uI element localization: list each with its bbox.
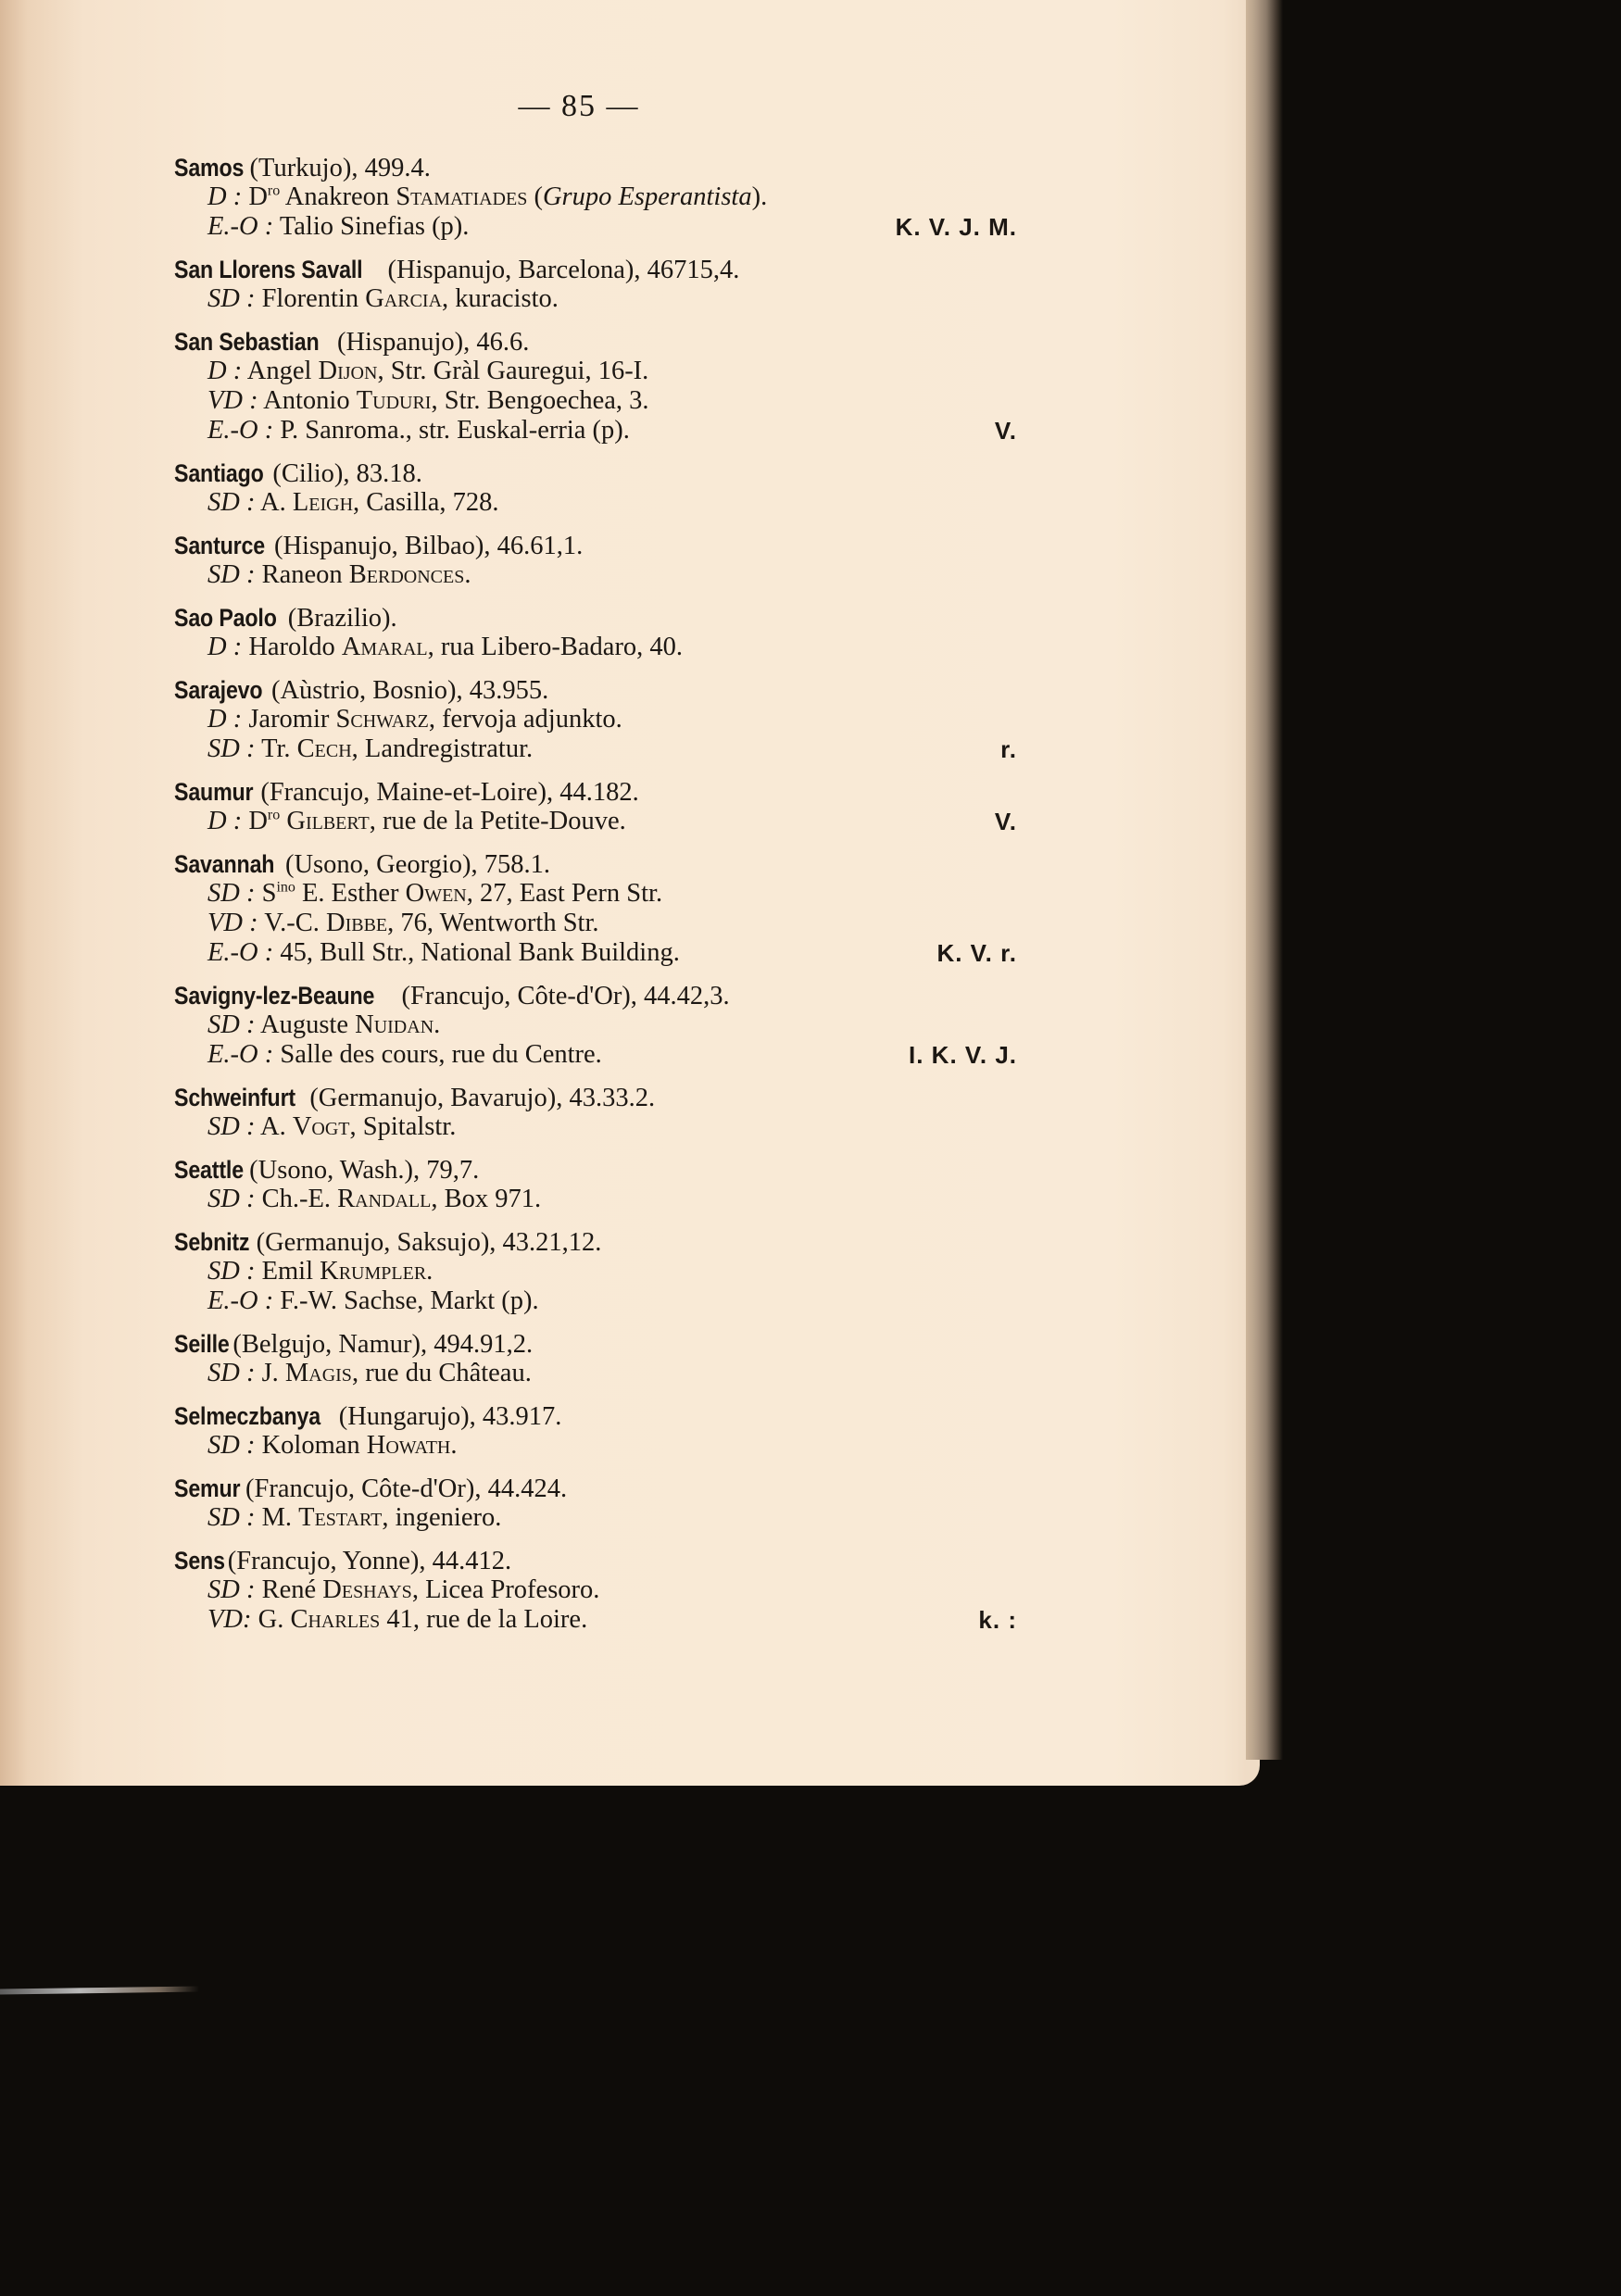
contact-text: Emil <box>255 1257 320 1286</box>
title-superscript: ro <box>268 808 280 823</box>
surname: Vogt <box>293 1112 350 1141</box>
city-name: Seille <box>174 1329 230 1359</box>
directory-entry: Sens (Francujo, Yonne), 44.412.SD : René… <box>174 1546 1017 1635</box>
contact-line: D : Dro Gilbert, rue de la Petite-Douve.… <box>174 807 1017 836</box>
contact-line: E.-O : 45, Bull Str., National Bank Buil… <box>174 938 1017 968</box>
city-details: (Turkujo), 499.4. <box>250 154 431 183</box>
contact-text: 45, Bull Str., National Bank Building. <box>273 938 680 967</box>
service-codes: r. <box>1000 734 1017 764</box>
contact-text: , rue du Château. <box>352 1359 532 1387</box>
contact-text: Salle des cours, rue du Centre. <box>273 1040 602 1069</box>
service-codes: V. <box>995 416 1017 445</box>
directory-entry: Savannah (Usono, Georgio), 758.1.SD : Si… <box>174 849 1017 968</box>
contact-text: , rua Libero-Badaro, 40. <box>428 633 683 661</box>
city-details: (Cilio), 83.18. <box>272 459 422 489</box>
city-name: Santiago <box>174 458 264 488</box>
contact-text: . <box>434 1010 440 1039</box>
surname: Amaral <box>342 633 428 661</box>
directory-entry: Santiago (Cilio), 83.18.SD : A. Leigh, C… <box>174 458 1017 518</box>
surname: Deshays <box>322 1575 412 1604</box>
contact-text: Raneon <box>255 560 348 589</box>
surname: Krumpler <box>320 1257 426 1286</box>
contact-line: D : Haroldo Amaral, rua Libero-Badaro, 4… <box>174 633 1017 662</box>
role-label: SD : <box>207 734 255 763</box>
contact-text: D <box>242 182 268 211</box>
city-details: (Usono, Wash.), 79,7. <box>249 1156 479 1186</box>
contact-text: Florentin <box>255 284 365 313</box>
surname: Randall <box>337 1185 431 1213</box>
contact-line: E.-O : F.-W. Sachse, Markt (p). <box>174 1286 1017 1316</box>
surname: Nuidan <box>355 1010 434 1039</box>
directory-entry: San Llorens Savall (Hispanujo, Barcelona… <box>174 255 1017 314</box>
contact-line: D : Jaromir Schwarz, fervoja adjunkto. <box>174 705 1017 734</box>
role-label: SD : <box>207 1257 255 1286</box>
role-label: E.-O : <box>207 1040 273 1069</box>
contact-line: E.-O : Talio Sinefias (p).K. V. J. M. <box>174 212 1017 242</box>
surname: Testart <box>298 1503 382 1532</box>
directory-entry: Semur (Francujo, Côte-d'Or), 44.424.SD :… <box>174 1474 1017 1533</box>
contact-text: Antonio <box>258 386 357 415</box>
entry-heading: Sao Paolo (Brazilio). <box>174 603 1017 633</box>
contact-line: SD : Sino E. Esther Owen, 27, East Pern … <box>174 879 1017 909</box>
title-superscript: ino <box>276 880 295 896</box>
role-label: VD: <box>207 1605 251 1634</box>
role-label: E.-O : <box>207 1286 273 1315</box>
contact-text: A. <box>255 488 292 517</box>
contact-text: ). <box>752 182 768 211</box>
contact-text: , Casilla, 728. <box>353 488 499 517</box>
entry-heading: Semur (Francujo, Côte-d'Or), 44.424. <box>174 1474 1017 1503</box>
city-details: (Hispanujo), 46.6. <box>337 328 529 358</box>
contact-text: Ch.-E. <box>255 1185 337 1213</box>
contact-line: SD : Emil Krumpler. <box>174 1257 1017 1286</box>
role-label: E.-O : <box>207 212 273 241</box>
contact-line: SD : Auguste Nuidan. <box>174 1010 1017 1040</box>
contact-text: , 27, East Pern Str. <box>467 879 662 908</box>
surname: Leigh <box>293 488 353 517</box>
city-details: (Hispanujo, Barcelona), 46715,4. <box>388 256 740 285</box>
contact-text: ( <box>527 182 543 211</box>
city-name: Semur <box>174 1474 240 1503</box>
role-label: SD : <box>207 1359 255 1387</box>
city-details: (Brazilio). <box>288 604 397 634</box>
contact-text: Haroldo <box>242 633 342 661</box>
contact-text: , ingeniero. <box>382 1503 501 1532</box>
entry-heading: Sens (Francujo, Yonne), 44.412. <box>174 1546 1017 1575</box>
contact-text: V.-C. <box>258 909 326 937</box>
surname: Berdonces <box>349 560 465 589</box>
contact-line: SD : Raneon Berdonces. <box>174 560 1017 590</box>
role-label: D : <box>207 182 242 211</box>
directory-entry: Schweinfurt (Germanujo, Bavarujo), 43.33… <box>174 1083 1017 1142</box>
paper-sliver <box>0 1986 199 1994</box>
role-label: SD : <box>207 488 255 517</box>
entry-heading: San Llorens Savall (Hispanujo, Barcelona… <box>174 255 1017 284</box>
city-name: Schweinfurt <box>174 1083 295 1112</box>
surname: Charles <box>290 1605 380 1634</box>
surname: Owen <box>406 879 467 908</box>
contact-line: SD : J. Magis, rue du Château. <box>174 1359 1017 1388</box>
contact-text: , Landregistratur. <box>352 734 533 763</box>
city-details: (Germanujo, Saksujo), 43.21,12. <box>257 1228 602 1258</box>
page-number: — 85 — <box>0 89 1158 124</box>
role-label: E.-O : <box>207 416 273 445</box>
role-label: D : <box>207 357 242 385</box>
book-page: — 85 — Samos (Turkujo), 499.4.D : Dro An… <box>0 0 1260 1786</box>
entry-heading: Selmeczbanya (Hungarujo), 43.917. <box>174 1401 1017 1431</box>
directory-entry: Saumur (Francujo, Maine-et-Loire), 44.18… <box>174 777 1017 836</box>
contact-text: Koloman <box>255 1431 366 1460</box>
city-details: (Hungarujo), 43.917. <box>339 1402 562 1432</box>
directory-entry: Seille (Belgujo, Namur), 494.91,2.SD : J… <box>174 1329 1017 1388</box>
entry-heading: Sarajevo (Aùstrio, Bosnio), 43.955. <box>174 675 1017 705</box>
entry-heading: Santiago (Cilio), 83.18. <box>174 458 1017 488</box>
contact-line: VD : Antonio Tuduri, Str. Bengoechea, 3. <box>174 386 1017 416</box>
role-label: D : <box>207 705 242 734</box>
directory-entry: Sebnitz (Germanujo, Saksujo), 43.21,12.S… <box>174 1227 1017 1316</box>
contact-text: J. <box>255 1359 284 1387</box>
entry-heading: San Sebastian (Hispanujo), 46.6. <box>174 327 1017 357</box>
surname: Garcia <box>365 284 442 313</box>
directory-entry: San Sebastian (Hispanujo), 46.6.D : Ange… <box>174 327 1017 445</box>
directory-entry: Sarajevo (Aùstrio, Bosnio), 43.955.D : J… <box>174 675 1017 764</box>
contact-text: . <box>426 1257 433 1286</box>
surname: Cech <box>297 734 352 763</box>
city-details: (Usono, Georgio), 758.1. <box>285 850 550 880</box>
directory-entries: Samos (Turkujo), 499.4.D : Dro Anakreon … <box>174 153 1017 1648</box>
contact-text: , Str. Bengoechea, 3. <box>431 386 648 415</box>
role-label: SD : <box>207 1503 255 1532</box>
entry-heading: Sebnitz (Germanujo, Saksujo), 43.21,12. <box>174 1227 1017 1257</box>
city-name: Seattle <box>174 1155 244 1185</box>
contact-line: VD: G. Charles 41, rue de la Loire.k. : <box>174 1605 1017 1635</box>
city-name: Sebnitz <box>174 1227 249 1257</box>
city-name: Selmeczbanya <box>174 1401 320 1431</box>
group-name: Grupo Esperantista <box>543 182 752 211</box>
contact-line: SD : A. Leigh, Casilla, 728. <box>174 488 1017 518</box>
city-name: Samos <box>174 153 244 182</box>
entry-heading: Schweinfurt (Germanujo, Bavarujo), 43.33… <box>174 1083 1017 1112</box>
entry-heading: Saumur (Francujo, Maine-et-Loire), 44.18… <box>174 777 1017 807</box>
contact-text: . <box>464 560 471 589</box>
city-name: Sarajevo <box>174 675 262 705</box>
entry-heading: Savannah (Usono, Georgio), 758.1. <box>174 849 1017 879</box>
contact-line: VD : V.-C. Dibbe, 76, Wentworth Str. <box>174 909 1017 938</box>
service-codes: K. V. J. M. <box>896 212 1017 242</box>
surname: Magis <box>285 1359 352 1387</box>
contact-line: SD : Tr. Cech, Landregistratur.r. <box>174 734 1017 764</box>
contact-text: 41, rue de la Loire. <box>380 1605 587 1634</box>
contact-text: Jaromir <box>242 705 335 734</box>
city-details: (Francujo, Maine-et-Loire), 44.182. <box>260 778 638 808</box>
contact-text: G. <box>251 1605 290 1634</box>
city-name: Savannah <box>174 849 274 879</box>
contact-text: M. <box>255 1503 298 1532</box>
city-name: Sao Paolo <box>174 603 277 633</box>
directory-entry: Sao Paolo (Brazilio).D : Haroldo Amaral,… <box>174 603 1017 662</box>
contact-text: , kuracisto. <box>442 284 559 313</box>
contact-line: D : Angel Dijon, Str. Gràl Gauregui, 16-… <box>174 357 1017 386</box>
city-name: San Llorens Savall <box>174 255 362 284</box>
service-codes: k. : <box>978 1605 1017 1635</box>
surname: Schwarz <box>336 705 429 734</box>
directory-entry: Seattle (Usono, Wash.), 79,7.SD : Ch.-E.… <box>174 1155 1017 1214</box>
service-codes: V. <box>995 807 1017 836</box>
city-details: (Belgujo, Namur), 494.91,2. <box>232 1330 533 1360</box>
city-details: (Aùstrio, Bosnio), 43.955. <box>271 676 548 706</box>
city-name: San Sebastian <box>174 327 320 357</box>
service-codes: I. K. V. J. <box>909 1040 1017 1070</box>
city-details: (Francujo, Côte-d'Or), 44.42,3. <box>401 982 729 1011</box>
contact-line: E.-O : Salle des cours, rue du Centre.I.… <box>174 1040 1017 1070</box>
contact-text: , Licea Profesoro. <box>412 1575 600 1604</box>
contact-line: SD : M. Testart, ingeniero. <box>174 1503 1017 1533</box>
entry-heading: Savigny-lez-Beaune (Francujo, Côte-d'Or)… <box>174 981 1017 1010</box>
city-name: Sens <box>174 1546 225 1575</box>
role-label: SD : <box>207 1575 255 1604</box>
title-superscript: ro <box>268 183 280 199</box>
contact-text: D <box>242 807 268 835</box>
contact-line: SD : René Deshays, Licea Profesoro. <box>174 1575 1017 1605</box>
directory-entry: Santurce (Hispanujo, Bilbao), 46.61,1.SD… <box>174 531 1017 590</box>
surname: Stamatiades <box>396 182 527 211</box>
service-codes: K. V. r. <box>936 938 1017 968</box>
entry-heading: Samos (Turkujo), 499.4. <box>174 153 1017 182</box>
surname: Dibbe <box>326 909 387 937</box>
role-label: VD : <box>207 386 258 415</box>
role-label: SD : <box>207 1112 255 1141</box>
contact-text: , Box 971. <box>431 1185 541 1213</box>
contact-text: Auguste <box>255 1010 355 1039</box>
role-label: D : <box>207 807 242 835</box>
city-details: (Germanujo, Bavarujo), 43.33.2. <box>309 1084 655 1113</box>
contact-text: Tr. <box>255 734 296 763</box>
contact-text: Anakreon <box>280 182 396 211</box>
contact-text: S <box>255 879 276 908</box>
city-name: Santurce <box>174 531 265 560</box>
city-name: Saumur <box>174 777 253 807</box>
entry-heading: Seille (Belgujo, Namur), 494.91,2. <box>174 1329 1017 1359</box>
surname: Tuduri <box>357 386 432 415</box>
contact-text: A. <box>255 1112 292 1141</box>
contact-text: , 76, Wentworth Str. <box>387 909 598 937</box>
role-label: D : <box>207 633 242 661</box>
city-details: (Francujo, Yonne), 44.412. <box>228 1547 511 1576</box>
page-edge-shadow <box>1246 0 1283 1760</box>
contact-text: , rue de la Petite-Douve. <box>370 807 626 835</box>
role-label: VD : <box>207 909 258 937</box>
contact-line: SD : Florentin Garcia, kuracisto. <box>174 284 1017 314</box>
contact-line: E.-O : P. Sanroma., str. Euskal-erria (p… <box>174 416 1017 445</box>
role-label: SD : <box>207 1010 255 1039</box>
contact-line: SD : A. Vogt, Spitalstr. <box>174 1112 1017 1142</box>
city-details: (Francujo, Côte-d'Or), 44.424. <box>245 1474 567 1504</box>
role-label: SD : <box>207 1185 255 1213</box>
contact-line: D : Dro Anakreon Stamatiades (Grupo Espe… <box>174 182 1017 212</box>
contact-text: , Spitalstr. <box>350 1112 457 1141</box>
surname: Gilbert <box>286 807 369 835</box>
role-label: SD : <box>207 879 255 908</box>
role-label: E.-O : <box>207 938 273 967</box>
contact-text: René <box>255 1575 322 1604</box>
contact-text: F.-W. Sachse, Markt (p). <box>273 1286 538 1315</box>
entry-heading: Santurce (Hispanujo, Bilbao), 46.61,1. <box>174 531 1017 560</box>
city-name: Savigny-lez-Beaune <box>174 981 374 1010</box>
contact-text: , fervoja adjunkto. <box>429 705 622 734</box>
role-label: SD : <box>207 1431 255 1460</box>
contact-text: . <box>450 1431 457 1460</box>
surname: Howath <box>367 1431 451 1460</box>
directory-entry: Savigny-lez-Beaune (Francujo, Côte-d'Or)… <box>174 981 1017 1070</box>
contact-line: SD : Ch.-E. Randall, Box 971. <box>174 1185 1017 1214</box>
contact-text: , Str. Gràl Gauregui, 16-I. <box>377 357 648 385</box>
contact-text: Angel <box>242 357 318 385</box>
role-label: SD : <box>207 284 255 313</box>
contact-line: SD : Koloman Howath. <box>174 1431 1017 1461</box>
surname: Dijon <box>319 357 378 385</box>
entry-heading: Seattle (Usono, Wash.), 79,7. <box>174 1155 1017 1185</box>
contact-text: P. Sanroma., str. Euskal-erria (p). <box>273 416 630 445</box>
contact-text: Talio Sinefias (p). <box>273 212 469 241</box>
directory-entry: Selmeczbanya (Hungarujo), 43.917.SD : Ko… <box>174 1401 1017 1461</box>
role-label: SD : <box>207 560 255 589</box>
directory-entry: Samos (Turkujo), 499.4.D : Dro Anakreon … <box>174 153 1017 242</box>
city-details: (Hispanujo, Bilbao), 46.61,1. <box>274 532 583 561</box>
contact-text: E. Esther <box>295 879 406 908</box>
